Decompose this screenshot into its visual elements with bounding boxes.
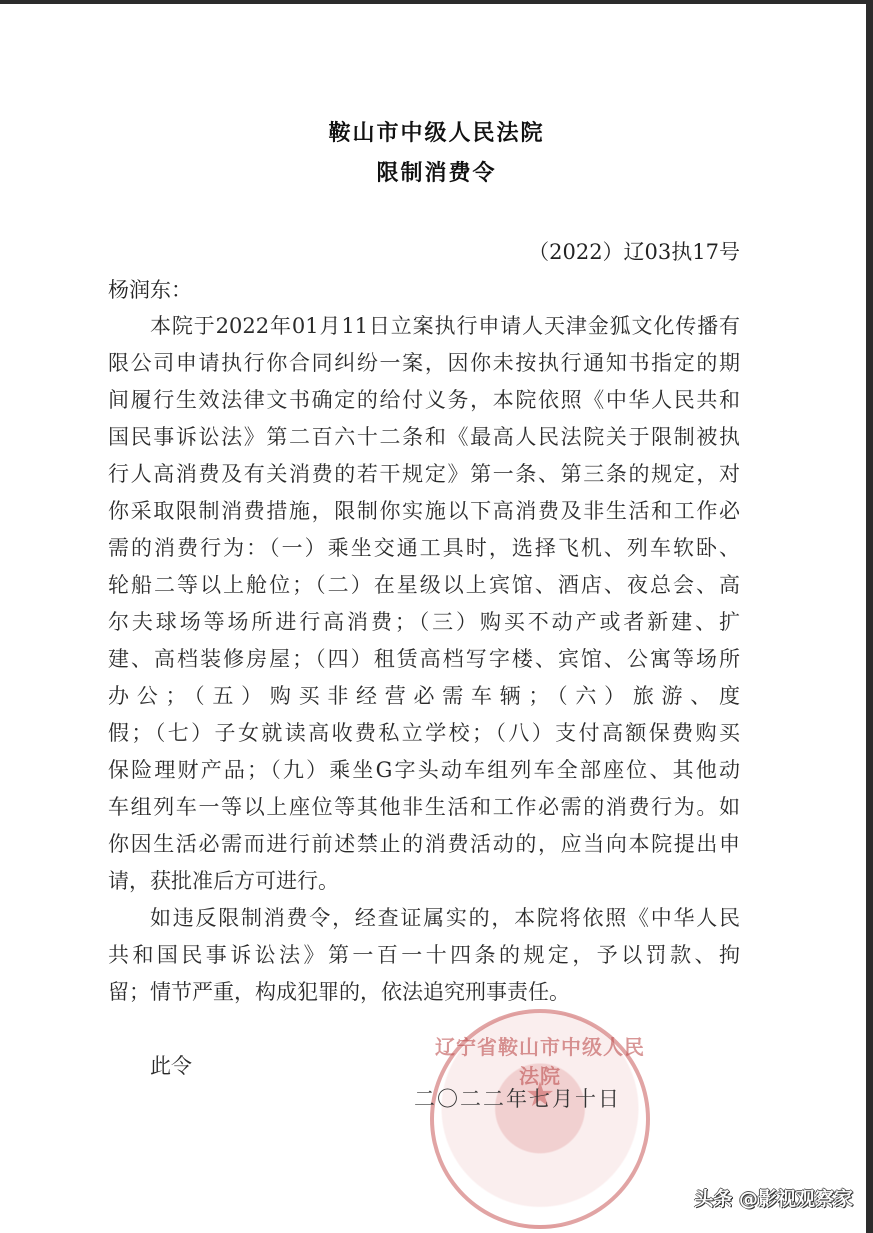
body-line: 保险理财产品；（九）乘坐G字头动车组列车全部座位、其他动	[108, 755, 740, 785]
body-line: 间履行生效法律文书确定的给付义务，本院依照《中华人民共和	[108, 385, 740, 415]
court-name-heading: 鞍山市中级人民法院	[0, 116, 873, 147]
case-number: （2022）辽03执17号	[528, 236, 740, 266]
watermark: 头条 @影视观察家	[694, 1184, 853, 1211]
document-type-heading: 限制消费令	[0, 156, 873, 187]
body-line: 轮船二等以上舱位；（二）在星级以上宾馆、酒店、夜总会、高	[108, 570, 740, 600]
body-line: 行人高消费及有关消费的若干规定》第一条、第三条的规定，对	[108, 459, 740, 489]
body-line: 如违反限制消费令，经查证属实的，本院将依照《中华人民	[150, 903, 740, 933]
issue-date: 二〇二二年七月十日	[414, 1083, 621, 1113]
body-line: 尔夫球场等场所进行高消费；（三）购买不动产或者新建、扩	[108, 607, 740, 637]
body-line: 你因生活必需而进行前述禁止的消费活动的，应当向本院提出申	[108, 829, 740, 859]
addressee: 杨润东：	[108, 274, 192, 304]
document-page: 鞍山市中级人民法院 限制消费令 （2022）辽03执17号 杨润东： 本院于20…	[0, 4, 866, 1233]
body-line: 共和国民事诉讼法》第一百一十四条的规定，予以罚款、拘	[108, 940, 740, 970]
body-line: 限公司申请执行你合同纠纷一案，因你未按执行通知书指定的期	[108, 348, 740, 378]
body-line: 本院于2022年01月11日立案执行申请人天津金狐文化传播有	[150, 311, 740, 341]
body-line: 建、高档装修房屋；（四）租赁高档写字楼、宾馆、公寓等场所	[108, 644, 740, 674]
body-line: 假；（七）子女就读高收费私立学校；（八）支付高额保费购买	[108, 718, 740, 748]
body-line: 车组列车一等以上座位等其他非生活和工作必需的消费行为。如	[108, 792, 740, 822]
body-line: 需的消费行为：（一）乘坐交通工具时，选择飞机、列车软卧、	[108, 533, 740, 563]
body-line: 你采取限制消费措施，限制你实施以下高消费及非生活和工作必	[108, 496, 740, 526]
body-line: 国民事诉讼法》第二百六十二条和《最高人民法院关于限制被执	[108, 422, 740, 452]
body-line: 留；情节严重，构成犯罪的，依法追究刑事责任。	[108, 977, 740, 1007]
body-line: 请，获批准后方可进行。	[108, 866, 740, 896]
court-seal: 辽宁省鞍山市中级人民法院 ★	[430, 1009, 650, 1229]
body-line: 办公；（五）购买非经营必需车辆；（六）旅游、度	[108, 681, 740, 711]
signoff: 此令	[150, 1050, 192, 1080]
